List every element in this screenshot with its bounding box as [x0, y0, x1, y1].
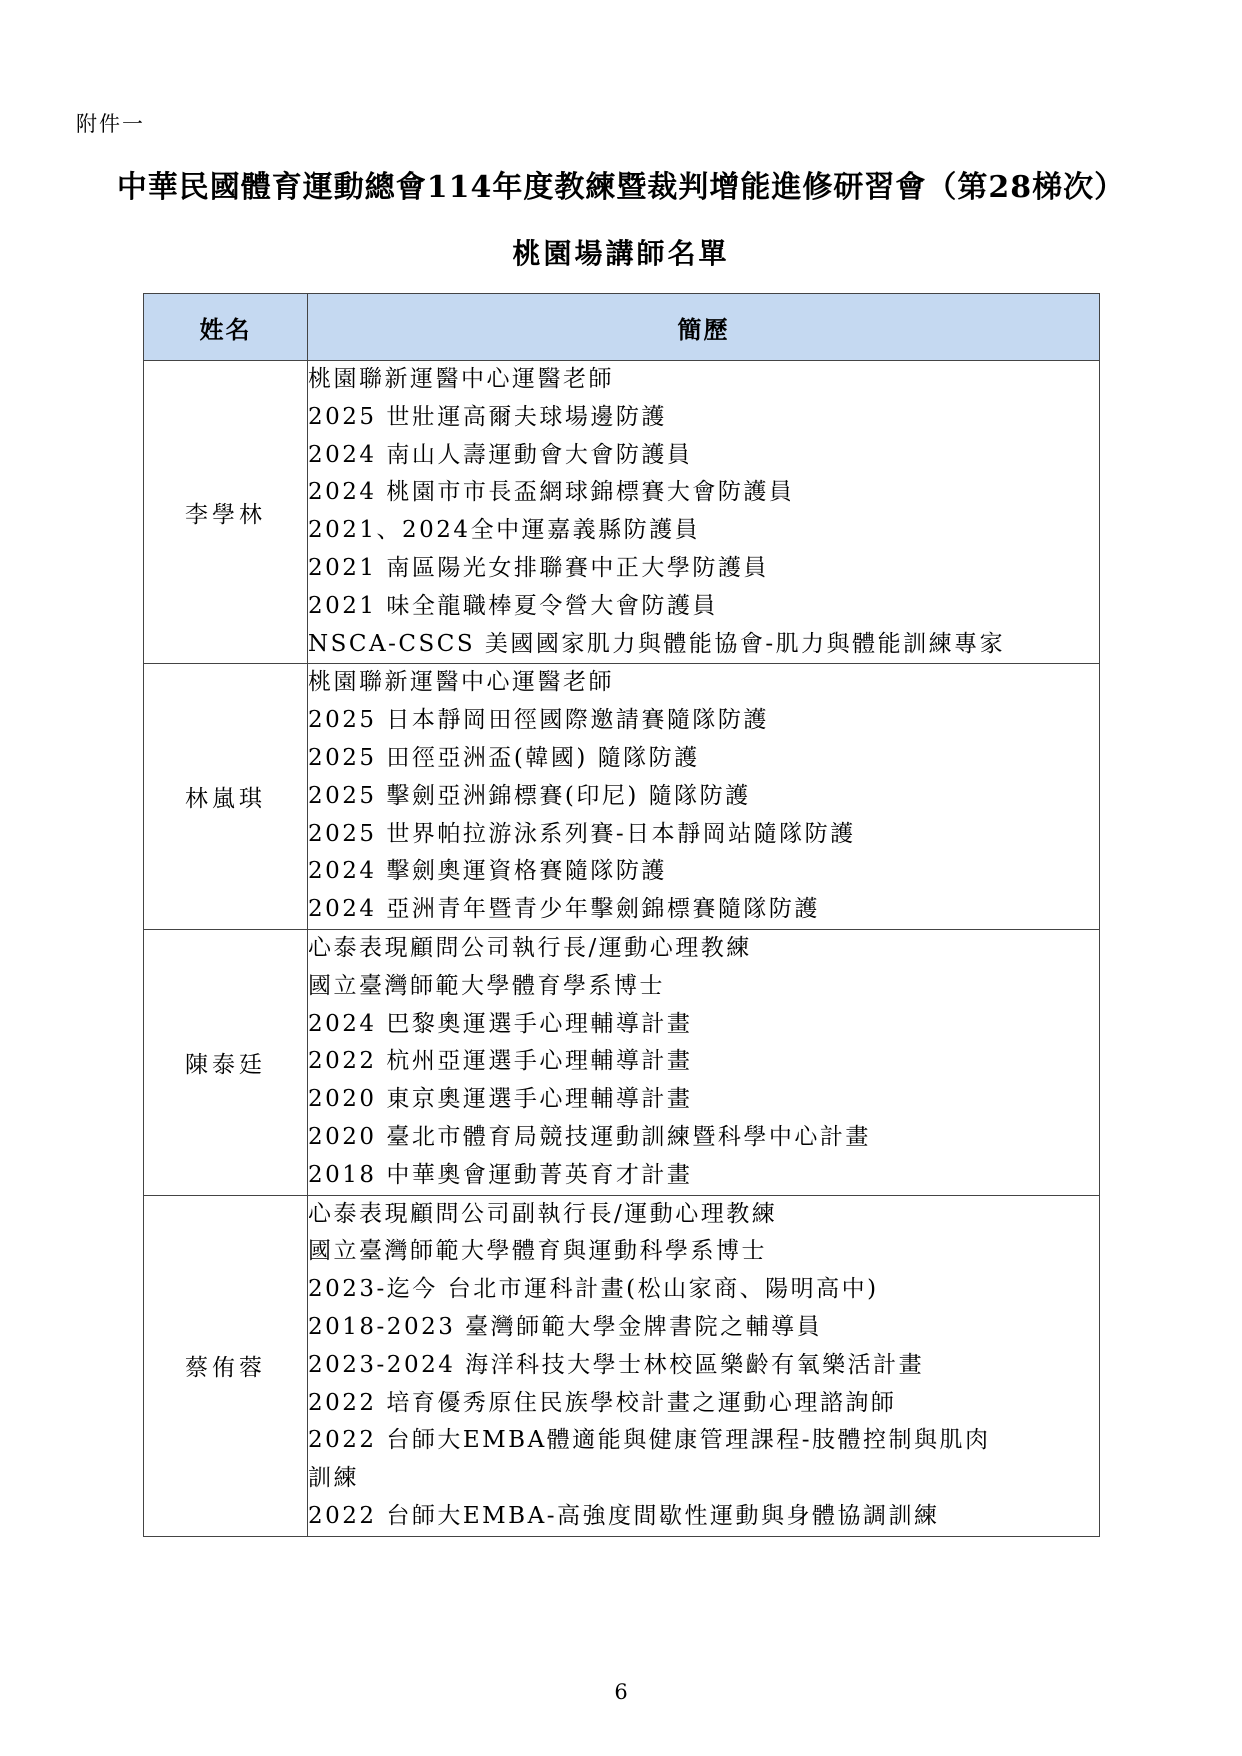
table-row: 蔡侑蓉 心泰表現顧問公司副執行長/運動心理教練 國立臺灣師範大學體育與運動科學系…	[144, 1195, 1100, 1536]
bio-line: 2025 日本靜岡田徑國際邀請賽隨隊防護	[308, 702, 1099, 740]
table-row: 林嵐琪 桃園聯新運醫中心運醫老師 2025 日本靜岡田徑國際邀請賽隨隊防護 20…	[144, 664, 1100, 930]
bio-line: 桃園聯新運醫中心運醫老師	[308, 664, 1099, 702]
lecturer-name: 李學林	[144, 361, 308, 664]
bio-line: 2024 亞洲青年暨青少年擊劍錦標賽隨隊防護	[308, 891, 1099, 929]
bio-line: 2021、2024全中運嘉義縣防護員	[308, 512, 1099, 550]
bio-line: 心泰表現顧問公司執行長/運動心理教練	[308, 930, 1099, 968]
bio-line: 心泰表現顧問公司副執行長/運動心理教練	[308, 1196, 1099, 1234]
bio-line: 國立臺灣師範大學體育學系博士	[308, 968, 1099, 1006]
bio-line: NSCA-CSCS 美國國家肌力與體能協會-肌力與體能訓練專家	[308, 626, 1099, 664]
lecturer-bio: 桃園聯新運醫中心運醫老師 2025 日本靜岡田徑國際邀請賽隨隊防護 2025 田…	[308, 664, 1100, 930]
bio-line: 2022 杭州亞運選手心理輔導計畫	[308, 1043, 1099, 1081]
column-header-name: 姓名	[144, 294, 308, 361]
bio-line: 2025 田徑亞洲盃(韓國) 隨隊防護	[308, 740, 1099, 778]
bio-line: 2020 東京奧運選手心理輔導計畫	[308, 1081, 1099, 1119]
lecturer-table: 姓名 簡歷 李學林 桃園聯新運醫中心運醫老師 2025 世壯運高爾夫球場邊防護 …	[143, 293, 1100, 1537]
bio-line: 2025 擊劍亞洲錦標賽(印尼) 隨隊防護	[308, 778, 1099, 816]
lecturer-bio: 桃園聯新運醫中心運醫老師 2025 世壯運高爾夫球場邊防護 2024 南山人壽運…	[308, 361, 1100, 664]
table-row: 李學林 桃園聯新運醫中心運醫老師 2025 世壯運高爾夫球場邊防護 2024 南…	[144, 361, 1100, 664]
lecturer-bio: 心泰表現顧問公司副執行長/運動心理教練 國立臺灣師範大學體育與運動科學系博士 2…	[308, 1195, 1100, 1536]
column-header-bio: 簡歷	[308, 294, 1100, 361]
bio-line: 2018 中華奧會運動菁英育才計畫	[308, 1157, 1099, 1195]
bio-line: 2022 台師大EMBA體適能與健康管理課程-肢體控制與肌肉	[308, 1422, 1099, 1460]
bio-line: 國立臺灣師範大學體育與運動科學系博士	[308, 1233, 1099, 1271]
bio-line: 訓練	[308, 1460, 1099, 1498]
bio-line: 2023-迄今 台北市運科計畫(松山家商、陽明高中)	[308, 1271, 1099, 1309]
table-row: 陳泰廷 心泰表現顧問公司執行長/運動心理教練 國立臺灣師範大學體育學系博士 20…	[144, 929, 1100, 1195]
page-number: 6	[0, 1680, 1242, 1704]
lecturer-name: 陳泰廷	[144, 929, 308, 1195]
bio-line: 2024 擊劍奧運資格賽隨隊防護	[308, 853, 1099, 891]
document-subtitle: 桃園場講師名單	[0, 232, 1242, 272]
document-title: 中華民國體育運動總會114年度教練暨裁判增能進修研習會（第28梯次）	[0, 162, 1242, 206]
bio-line: 2020 臺北市體育局競技運動訓練暨科學中心計畫	[308, 1119, 1099, 1157]
bio-line: 2021 南區陽光女排聯賽中正大學防護員	[308, 550, 1099, 588]
bio-line: 2022 台師大EMBA-高強度間歇性運動與身體協調訓練	[308, 1498, 1099, 1536]
bio-line: 2024 南山人壽運動會大會防護員	[308, 437, 1099, 475]
lecturer-name: 蔡侑蓉	[144, 1195, 308, 1536]
bio-line: 2024 桃園市市長盃網球錦標賽大會防護員	[308, 474, 1099, 512]
bio-line: 2025 世界帕拉游泳系列賽-日本靜岡站隨隊防護	[308, 816, 1099, 854]
bio-line: 2024 巴黎奧運選手心理輔導計畫	[308, 1006, 1099, 1044]
bio-line: 桃園聯新運醫中心運醫老師	[308, 361, 1099, 399]
bio-line: 2021 味全龍職棒夏令營大會防護員	[308, 588, 1099, 626]
bio-line: 2023-2024 海洋科技大學士林校區樂齡有氧樂活計畫	[308, 1347, 1099, 1385]
lecturer-name: 林嵐琪	[144, 664, 308, 930]
table-header-row: 姓名 簡歷	[144, 294, 1100, 361]
bio-line: 2018-2023 臺灣師範大學金牌書院之輔導員	[308, 1309, 1099, 1347]
bio-line: 2022 培育優秀原住民族學校計畫之運動心理諮詢師	[308, 1385, 1099, 1423]
bio-line: 2025 世壯運高爾夫球場邊防護	[308, 399, 1099, 437]
lecturer-bio: 心泰表現顧問公司執行長/運動心理教練 國立臺灣師範大學體育學系博士 2024 巴…	[308, 929, 1100, 1195]
attachment-label: 附件一	[76, 108, 145, 138]
